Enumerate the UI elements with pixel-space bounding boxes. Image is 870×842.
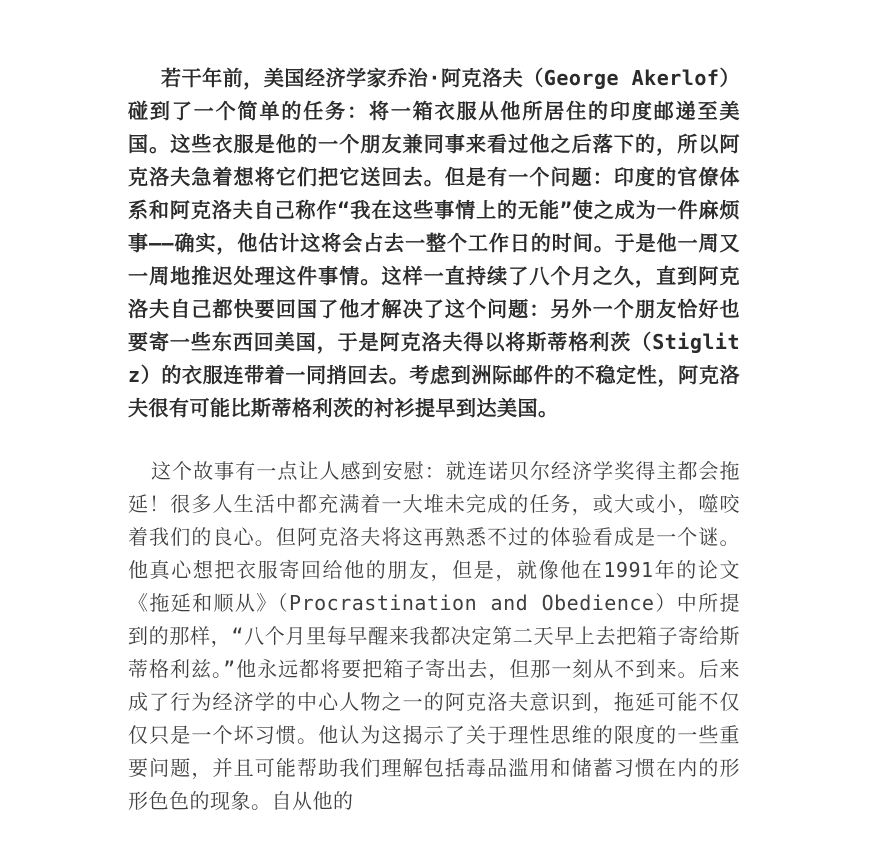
document-page: 若干年前，美国经济学家乔治·阿克洛夫（George Akerlof）碰到了一个简… (0, 0, 870, 818)
paragraph-commentary: 这个故事有一点让人感到安慰：就连诺贝尔经济学奖得主都会拖延！很多人生活中都充满着… (128, 455, 740, 818)
paragraph-akerlof-story: 若干年前，美国经济学家乔治·阿克洛夫（George Akerlof）碰到了一个简… (128, 62, 740, 425)
